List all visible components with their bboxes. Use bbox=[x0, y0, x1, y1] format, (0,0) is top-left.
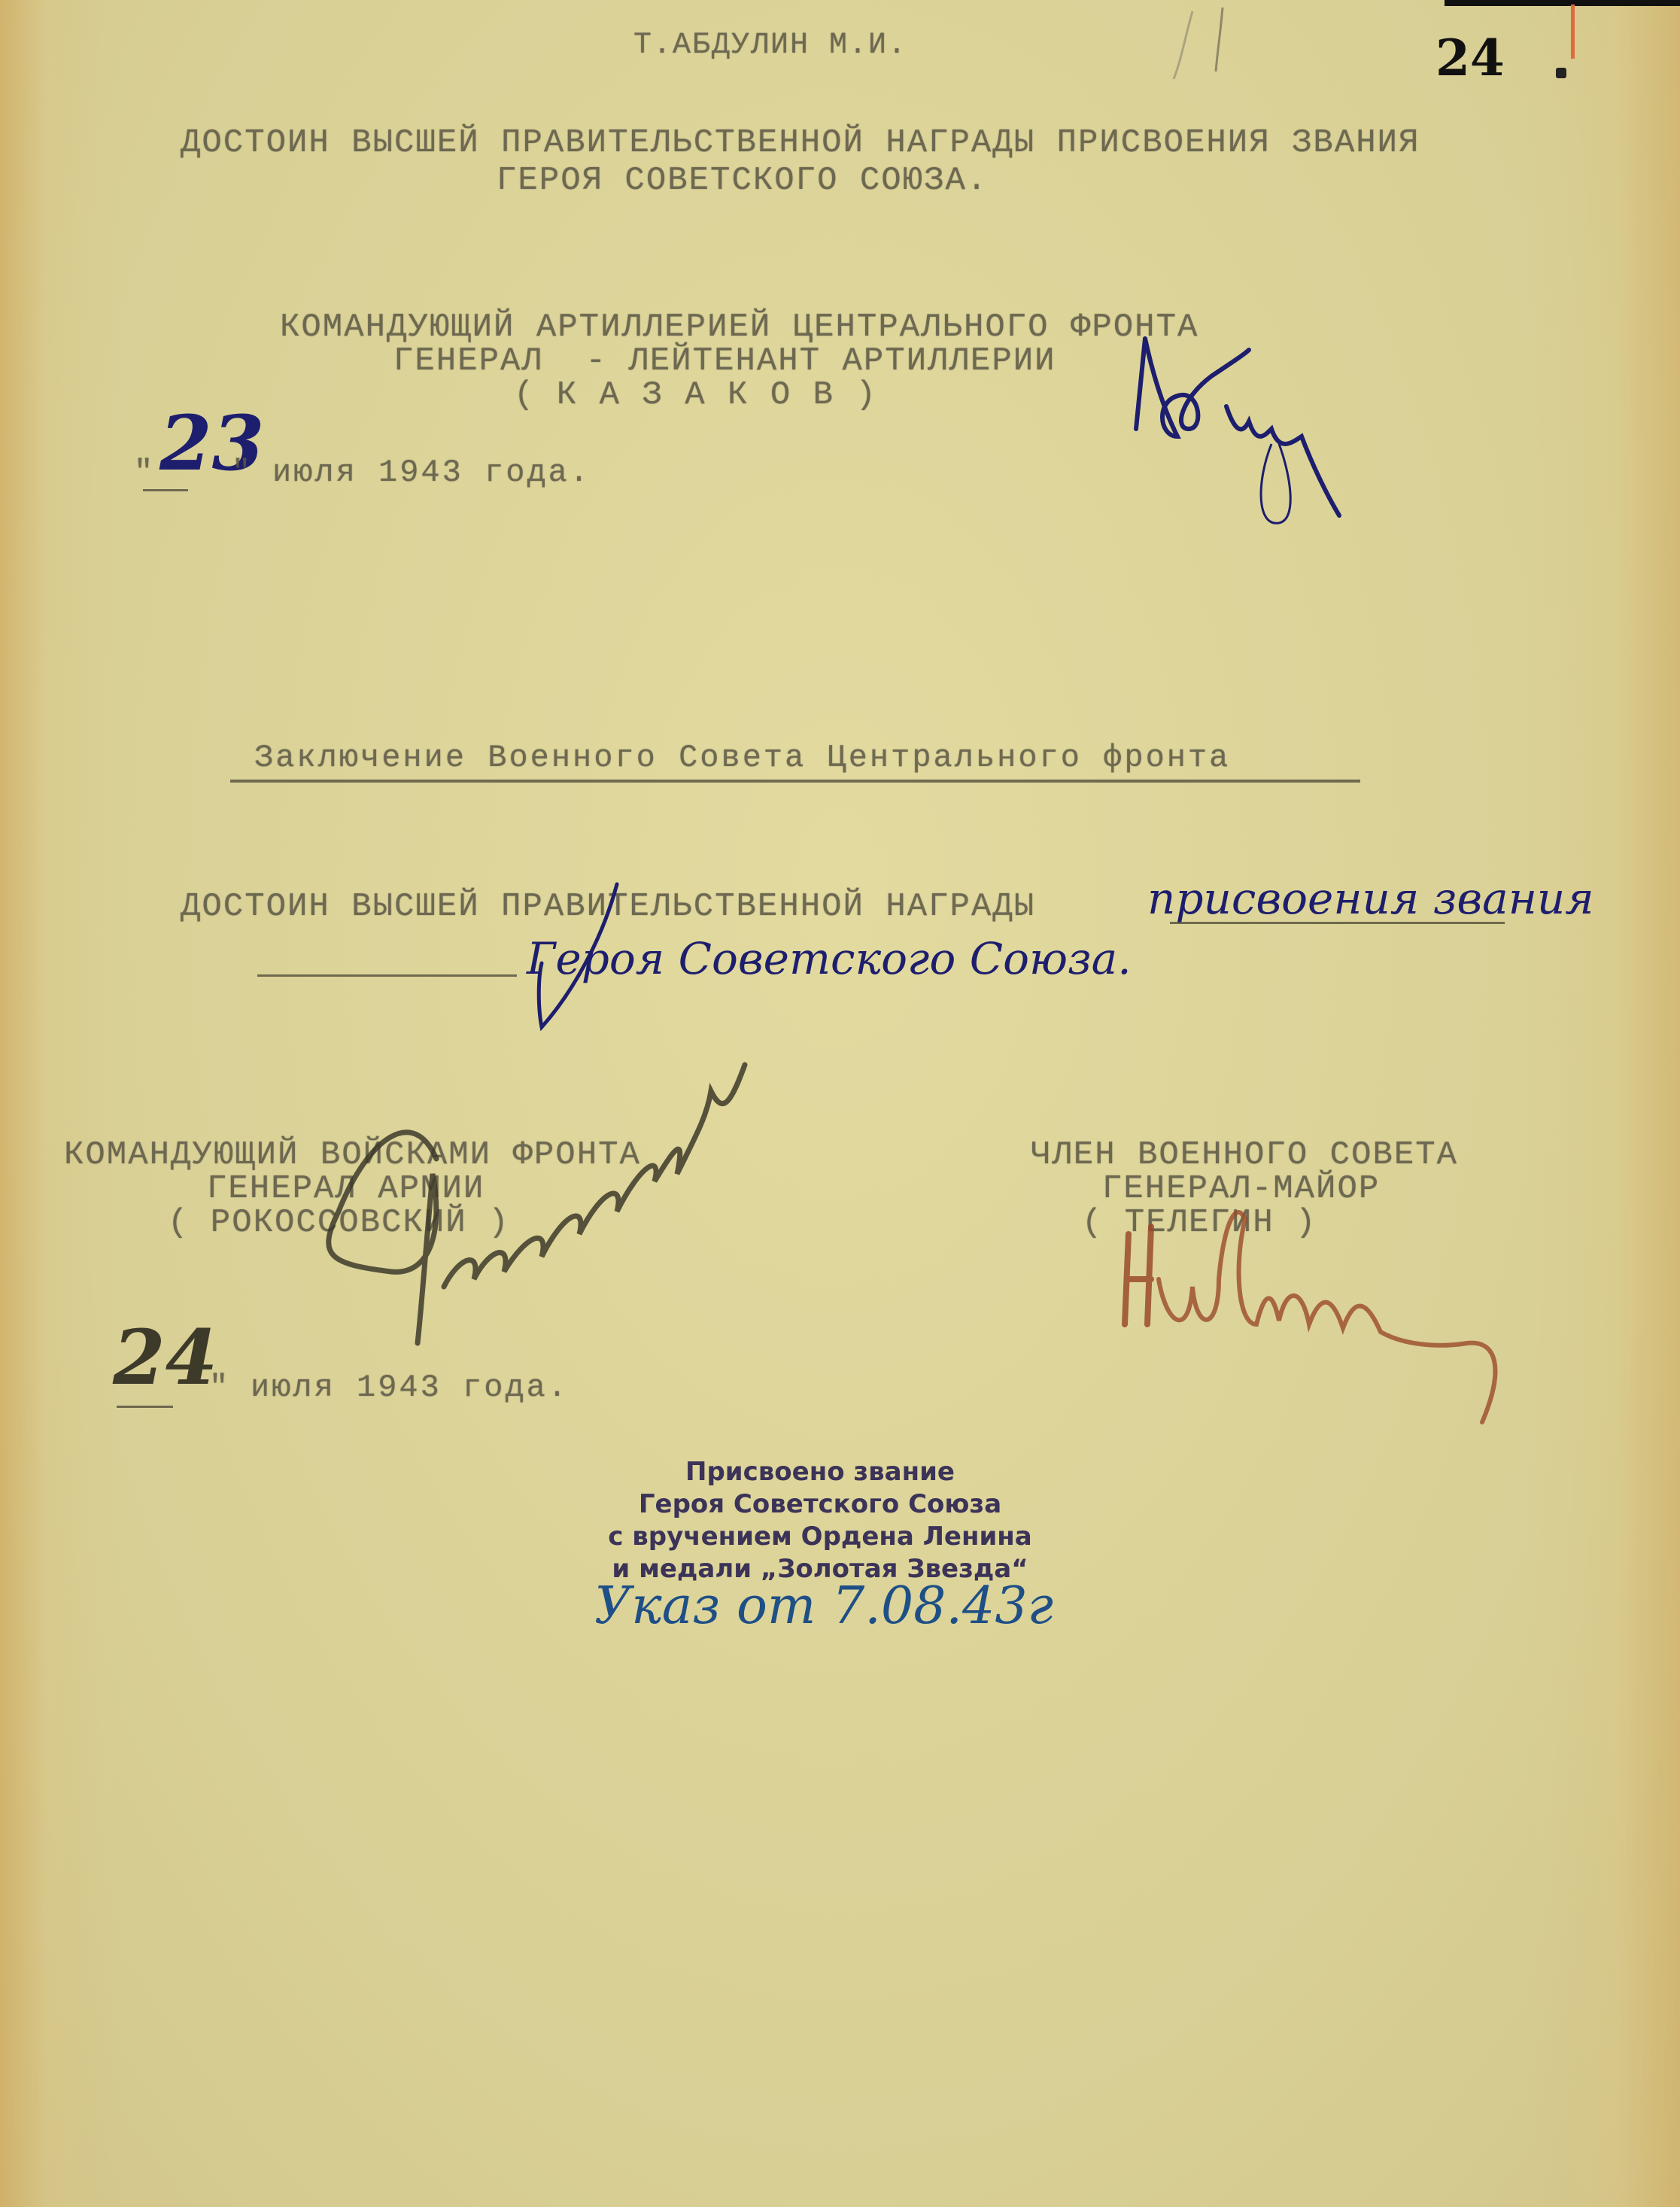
pencil-mark-icon bbox=[1151, 8, 1241, 83]
ink-dot bbox=[1556, 68, 1566, 78]
scan-edge bbox=[1445, 0, 1680, 6]
stamp-line-3: с вручением Ордена Ленина bbox=[579, 1521, 1061, 1553]
council-date-rest: июля 1943 года. bbox=[251, 1369, 569, 1406]
nomination-line-2: ГЕРОЯ СОВЕТСКОГО СОЮЗА. bbox=[497, 162, 988, 199]
council-heading: Заключение Военного Совета Центрального … bbox=[254, 740, 1230, 776]
artillery-date-quote-close: " bbox=[232, 454, 253, 491]
heading-underline bbox=[230, 780, 1360, 783]
kazakov-signature-icon bbox=[1129, 324, 1369, 527]
date-underline bbox=[143, 489, 188, 491]
council-member-title-1: ЧЛЕН ВОЕННОГО СОВЕТА bbox=[1031, 1136, 1458, 1174]
award-stamp: Присвоено звание Героя Советского Союза … bbox=[579, 1456, 1061, 1585]
artillery-commander-title-1: КОМАНДУЮЩИЙ АРТИЛЛЕРИЕЙ ЦЕНТРАЛЬНОГО ФРО… bbox=[280, 309, 1198, 346]
artillery-date-rest: июля 1943 года. bbox=[272, 454, 591, 491]
telegin-signature-icon bbox=[1106, 1174, 1595, 1422]
stamp-line-1: Присвоено звание bbox=[579, 1456, 1061, 1488]
council-verdict-handwritten-1: присвоения звания bbox=[1147, 873, 1594, 924]
council-date-quote-close: " bbox=[209, 1369, 230, 1406]
red-pencil-mark bbox=[1571, 5, 1575, 59]
artillery-commander-name: ( К А З А К О В ) bbox=[514, 376, 877, 414]
artillery-commander-title-2: ГЕНЕРАЛ - ЛЕЙТЕНАНТ АРТИЛЛЕРИИ bbox=[393, 342, 1056, 380]
artillery-date-quote-open: " bbox=[134, 454, 155, 491]
page-number: 24 bbox=[1435, 29, 1505, 87]
council-date-day: 24 bbox=[113, 1313, 217, 1402]
nomination-line-1: ДОСТОИН ВЫСШЕЙ ПРАВИТЕЛЬСТВЕННОЙ НАГРАДЫ… bbox=[181, 124, 1420, 162]
pen-stroke-icon bbox=[527, 880, 632, 1031]
blank-line bbox=[257, 974, 517, 977]
decree-note: Указ от 7.08.43г bbox=[594, 1576, 1053, 1636]
header-name: Т.АБДУЛИН М.И. bbox=[633, 29, 907, 62]
stamp-line-2: Героя Советского Союза bbox=[579, 1488, 1061, 1521]
rokossovsky-signature-icon bbox=[278, 1061, 940, 1347]
blank-line bbox=[1170, 922, 1505, 924]
date-underline bbox=[117, 1406, 173, 1408]
